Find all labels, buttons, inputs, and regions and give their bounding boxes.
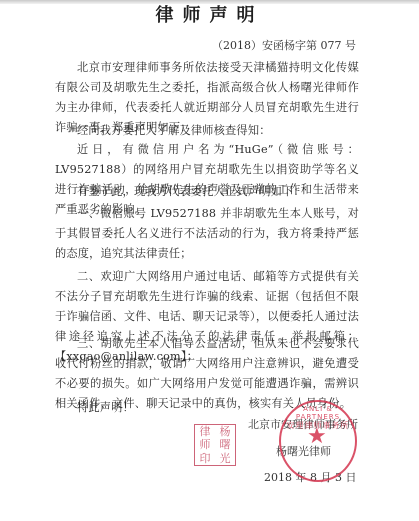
document-title: 律师声明 <box>0 4 419 28</box>
seal-char: 师 <box>195 438 215 451</box>
lawyer-statement-document: 律师声明 （2018）安函杨字第 077 号 北京市安理律师事务所依法接受天津橘… <box>0 0 419 521</box>
seal-arc-text: ANLI & PARTNERS <box>281 405 355 421</box>
firm-round-seal-icon: ANLI & PARTNERS 安理律师事务所 ★ <box>279 400 357 482</box>
seal-char: 杨 <box>215 425 235 438</box>
seal-char: 光 <box>215 452 235 465</box>
seal-char: 曙 <box>215 438 235 451</box>
paragraph-findings-lead: 经向我方委托人了解及律师核查得知： <box>55 121 359 141</box>
paragraph-declaration-lead: 有鉴于此，现我方代表委托人正式声明如下： <box>55 182 359 202</box>
seal-char: 律 <box>195 425 215 438</box>
paragraph-item-1: 一、微信账号 LV9527188 并非胡歌先生本人账号，对于其假冒委托人名义进行… <box>55 204 359 264</box>
star-icon: ★ <box>307 426 327 448</box>
lawyer-square-seal-icon: 律 师 印 杨 曙 光 <box>194 424 236 466</box>
reference-number: （2018）安函杨字第 077 号 <box>212 39 356 53</box>
seal-char: 印 <box>195 452 215 465</box>
